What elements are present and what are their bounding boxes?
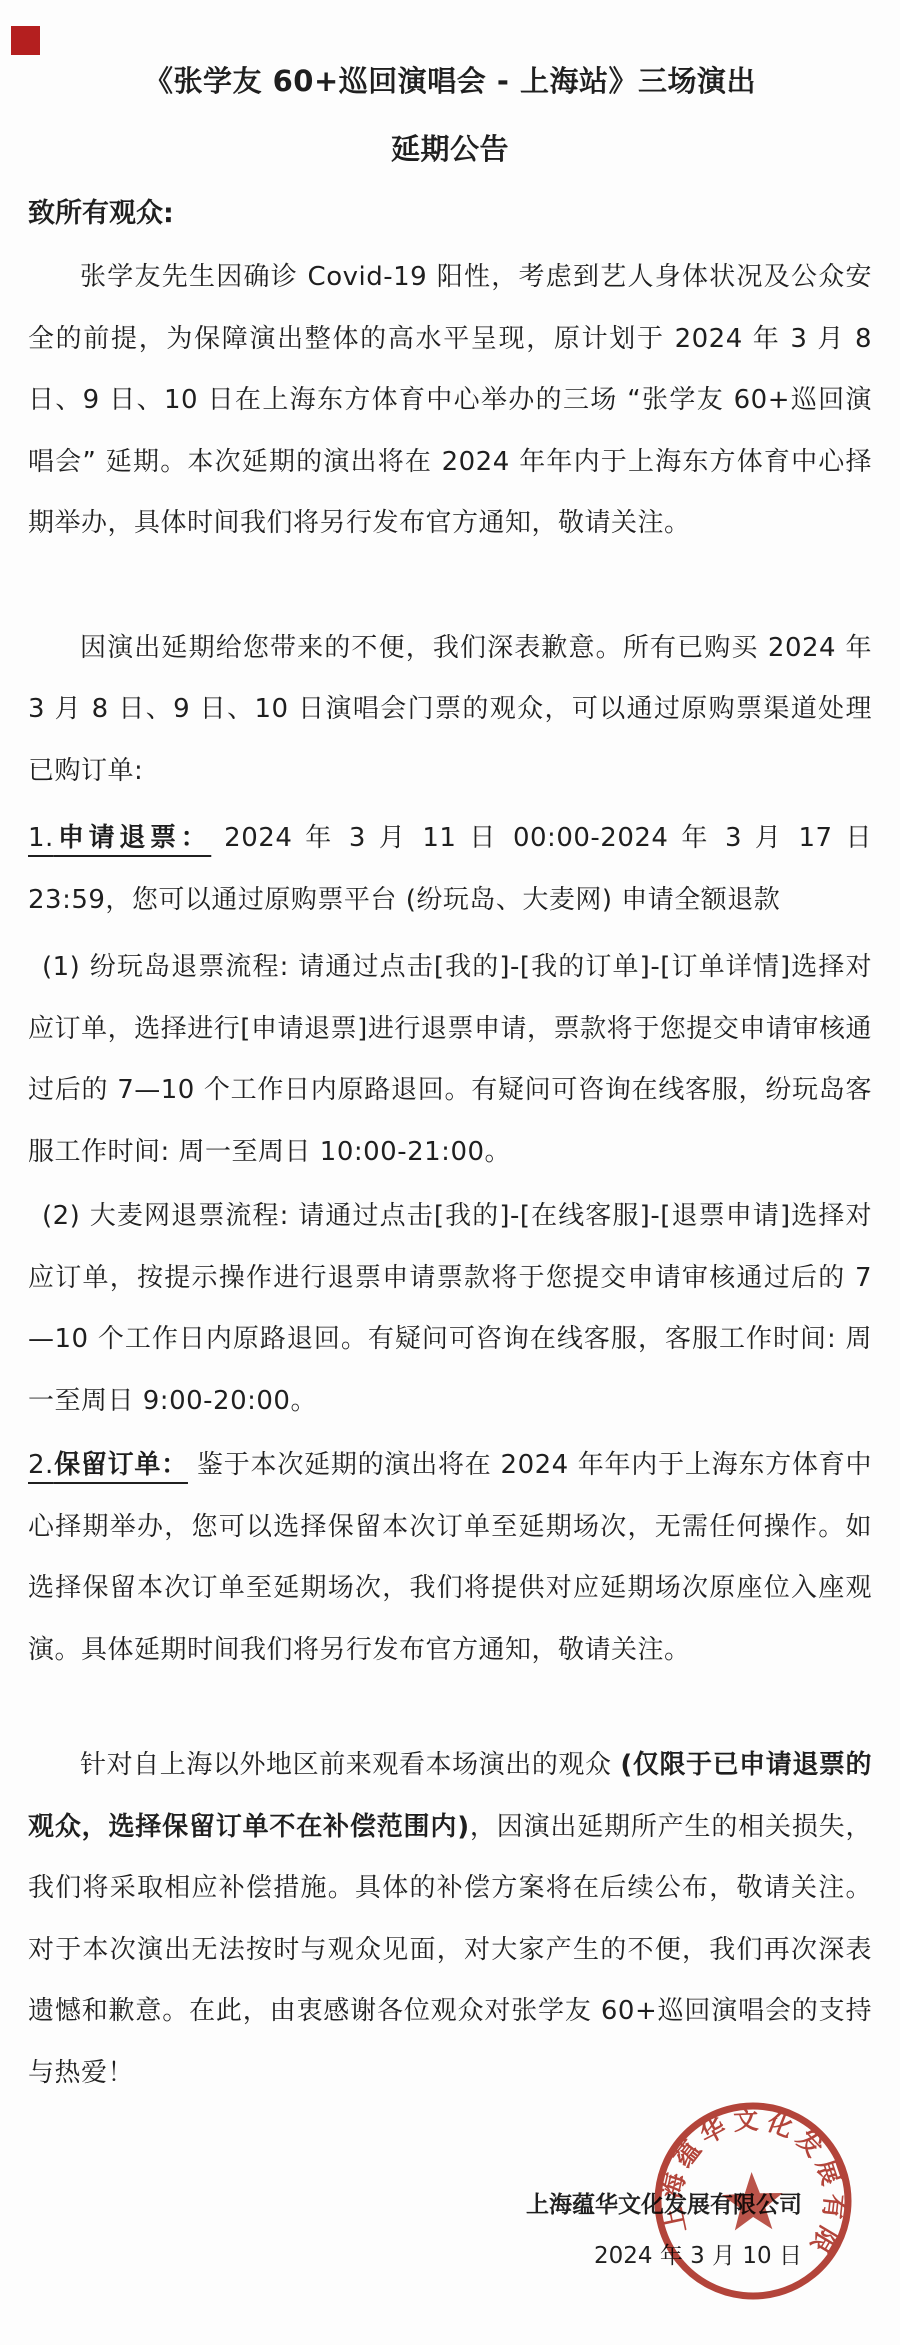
- document-title-line2: 延期公告: [28, 115, 872, 183]
- seal-ring-text: 上海蕴华文化发展有限公司: [640, 2088, 861, 2265]
- text-run: 张学友先生因确诊 Covid-19 阳性，考虑到艺人身体状况及公众安全的前提，为…: [28, 262, 872, 538]
- document-body: 《张学友 60+巡回演唱会 - 上海站》三场演出 延期公告 致所有观众: 张学友…: [0, 0, 900, 2104]
- text-run: 鉴于本次延期的演出将在 2024 年年内于上海东方体育中心择期举办，您可以选择保…: [28, 1450, 872, 1665]
- text-run: 2.: [28, 1450, 54, 1480]
- document-title-line1: 《张学友 60+巡回演唱会 - 上海站》三场演出: [28, 47, 872, 115]
- red-corner-mark: [11, 26, 40, 55]
- paragraph: 1.申请退票： 2024 年 3 月 11 日 00:00-2024 年 3 月…: [28, 808, 872, 931]
- salutation: 致所有观众:: [28, 183, 872, 244]
- text-run: 针对自上海以外地区前来观看本场演出的观众: [80, 1750, 620, 1780]
- text-run: (1) 纷玩岛退票流程: 请通过点击[我的]-[我的订单]-[订单详情]选择对应…: [28, 952, 872, 1167]
- paragraph: 张学友先生因确诊 Covid-19 阳性，考虑到艺人身体状况及公众安全的前提，为…: [28, 247, 872, 555]
- paragraph: 2.保留订单： 鉴于本次延期的演出将在 2024 年年内于上海东方体育中心择期举…: [28, 1435, 872, 1681]
- text-run: (2) 大麦网退票流程: 请通过点击[我的]-[在线客服]-[退票申请]选择对应…: [28, 1201, 872, 1416]
- text-run: 因演出延期给您带来的不便，我们深表歉意。所有已购买 2024 年 3 月 8 日…: [28, 633, 872, 786]
- text-run: 1.: [28, 823, 54, 853]
- seal-star-icon: [721, 2171, 784, 2231]
- company-seal-stamp: 上海蕴华文化发展有限公司: [640, 2088, 866, 2314]
- text-run: ，因演出延期所产生的相关损失，我们将采取相应补偿措施。具体的补偿方案将在后续公布…: [28, 1812, 872, 2088]
- announcement-document: 《张学友 60+巡回演唱会 - 上海站》三场演出 延期公告 致所有观众: 张学友…: [0, 0, 900, 2345]
- paragraph: 针对自上海以外地区前来观看本场演出的观众 (仅限于已申请退票的观众，选择保留订单…: [28, 1735, 872, 2104]
- svg-text:上海蕴华文化发展有限公司: 上海蕴华文化发展有限公司: [640, 2088, 861, 2265]
- paragraph: (2) 大麦网退票流程: 请通过点击[我的]-[在线客服]-[退票申请]选择对应…: [28, 1186, 872, 1432]
- paragraph: 因演出延期给您带来的不便，我们深表歉意。所有已购买 2024 年 3 月 8 日…: [28, 618, 872, 803]
- paragraph: (1) 纷玩岛退票流程: 请通过点击[我的]-[我的订单]-[订单详情]选择对应…: [28, 937, 872, 1183]
- text-run: 保留订单：: [54, 1450, 188, 1480]
- text-run: 申请退票：: [54, 823, 211, 853]
- paragraphs-container: 张学友先生因确诊 Covid-19 阳性，考虑到艺人身体状况及公众安全的前提，为…: [28, 247, 872, 2104]
